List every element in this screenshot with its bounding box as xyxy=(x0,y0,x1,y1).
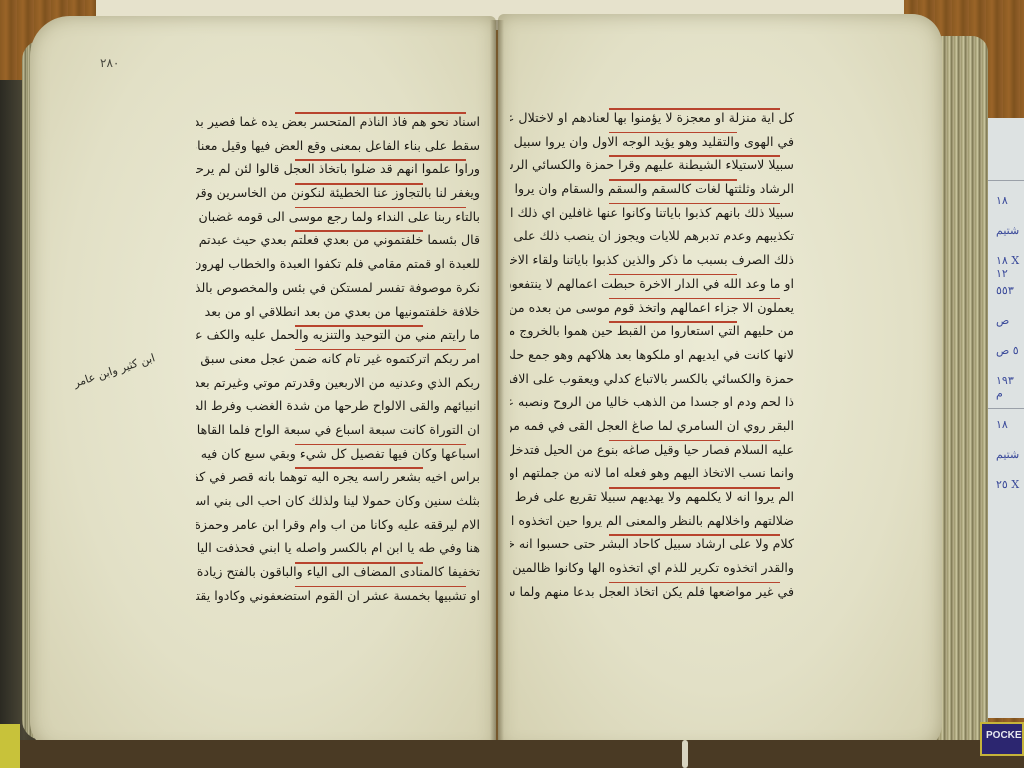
manuscript-line: ربكم الذي وعدنيه من الاربعين وقدرتم موتي… xyxy=(196,371,480,395)
card-note: ص xyxy=(996,314,1009,327)
manuscript-line: وراوا علموا انهم قد ضلوا باتخاذ العجل قا… xyxy=(196,157,480,181)
manuscript-line: او ما وعد الله في الدار الاخرة حبطت اعما… xyxy=(510,272,794,296)
card-note: شتيم xyxy=(996,224,1019,237)
manuscript-line: من حليهم التي استعاروا من القبط حين هموا… xyxy=(510,319,794,343)
cable xyxy=(682,740,688,768)
manuscript-line: ويغفر لنا بالتجاوز عنا الخطيئة لنكونن من… xyxy=(196,181,480,205)
manuscript-line: البقر روي ان السامري لما صاغ العجل القى … xyxy=(510,414,794,438)
card-note: ١٨ xyxy=(996,194,1008,207)
manuscript-line: ما رايتم مني من التوحيد والتنزيه والحمل … xyxy=(196,323,480,347)
manuscript-line: سقط على بناء الفاعل بمعنى وقع العض فيها … xyxy=(196,134,480,158)
manuscript-line: تخفيفا كالمنادى المضاف الى الياء والباقو… xyxy=(196,560,480,584)
manuscript-line: بثلث سنين وكان حمولا لينا ولذلك كان احب … xyxy=(196,489,480,513)
manuscript-line: امر ربكم اتركتموه غير تام كانه ضمن عجل م… xyxy=(196,347,480,371)
manuscript-line: او تشبيها بخمسة عشر ان القوم استضعفوني و… xyxy=(196,584,480,608)
book-gutter xyxy=(490,20,504,748)
manuscript-line: خلافة خلفتمونيها من بعدي من بعد انطلاقي … xyxy=(196,300,480,324)
manuscript-line: الام ليرققه عليه وكانا من اب وام وقرا اب… xyxy=(196,513,480,537)
manuscript-line: لانها كانت في ايديهم او ملكوها بعد هلاكه… xyxy=(510,343,794,367)
manuscript-line: وانما نسب الاتخاذ اليهم وهو فعله اما لان… xyxy=(510,461,794,485)
manuscript-line: يعملون الا جزاء اعمالهم واتخذ قوم موسى م… xyxy=(510,296,794,320)
card-note: ١٨ xyxy=(996,418,1008,431)
manuscript-line: ضلالتهم واخلالهم بالنظر والمعنى الم يروا… xyxy=(510,509,794,533)
manuscript-line: تكذيبهم وعدم تدبرهم للايات ويجوز ان ينصب… xyxy=(510,224,794,248)
table-edge xyxy=(0,740,1024,768)
manuscript-line: في الهوى والتقليد وهو يؤيد الوجه الاول و… xyxy=(510,130,794,154)
card-rule xyxy=(982,180,1024,181)
catalog-card: ١٨ شتيم ١٨ X ١٢ ٥٥٣ ص ٥ ص ١٩٣ م ١٨ شتيم … xyxy=(982,118,1024,718)
left-page-text: اسناد نحو هم فاذ الناذم المتحسر بعض يده … xyxy=(196,110,480,607)
manuscript-line: ذا لحم ودم او جسدا من الذهب خاليا من الر… xyxy=(510,390,794,414)
manuscript-line: الم يروا انه لا يكلمهم ولا يهديهم سبيلا … xyxy=(510,485,794,509)
manuscript-line: سبيلا ذلك بانهم كذبوا باياتنا وكانوا عنه… xyxy=(510,201,794,225)
yellow-label xyxy=(0,724,20,768)
manuscript-line: اسناد نحو هم فاذ الناذم المتحسر بعض يده … xyxy=(196,110,480,134)
folio-number: ٢٨٠ xyxy=(100,56,119,70)
card-note: ١٨ X ١٢ xyxy=(996,254,1024,280)
manuscript-line: انبيائهم والقى الالواح طرحها من شدة الغض… xyxy=(196,394,480,418)
manuscript-line: قال بئسما خلفتموني من بعدي فعلتم بعدي حي… xyxy=(196,228,480,252)
manuscript-line: اسباعها وكان فيها تفصيل كل شيء وبقي سبع … xyxy=(196,442,480,466)
manuscript-line: الرشاد وثلثتها لغات كالسقم والسقم والسقا… xyxy=(510,177,794,201)
manuscript-line: عليه السلام فصار حيا وقيل صاغه بنوع من ا… xyxy=(510,438,794,462)
manuscript-line: في غير مواضعها فلم يكن اتخاذ العجل بدعا … xyxy=(510,580,794,604)
manuscript-line: للعبدة او قمتم مقامي فلم تكفوا العبدة وا… xyxy=(196,252,480,276)
manuscript-line: براس اخيه بشعر راسه يجره اليه توهما بانه… xyxy=(196,465,480,489)
manuscript-line: نكرة موصوفة تفسر لمستكن في بئس والمخصوص … xyxy=(196,276,480,300)
pocket-label: POCKET xyxy=(980,722,1024,756)
manuscript-line: بالتاء ربنا على النداء ولما رجع موسى الى… xyxy=(196,205,480,229)
manuscript-line: سبيلا لاستيلاء الشيطنة عليهم وقرا حمزة و… xyxy=(510,153,794,177)
card-note: ٥ ص xyxy=(996,344,1019,357)
card-rule xyxy=(982,408,1024,409)
manuscript-line: هنا وفي طه يا ابن ام بالكسر واصله يا ابن… xyxy=(196,536,480,560)
manuscript-line: ذلك الصرف بسبب ما ذكر والذين كذبوا بايات… xyxy=(510,248,794,272)
card-note: شتيم xyxy=(996,448,1019,461)
manuscript-line: ان التوراة كانت سبعة اسباع في سبعة الواح… xyxy=(196,418,480,442)
card-note: ٥٥٣ xyxy=(996,284,1014,297)
manuscript-line: والقدر اتخذوه تكرير للذم اي اتخذوه الها … xyxy=(510,556,794,580)
right-page-text: كل اية منزلة او معجزة لا يؤمنوا بها لعنا… xyxy=(510,106,794,603)
card-note: ١٩٣ م xyxy=(996,374,1024,400)
manuscript-line: كلام ولا على ارشاد سبيل كاحاد البشر حتى … xyxy=(510,532,794,556)
manuscript-line: كل اية منزلة او معجزة لا يؤمنوا بها لعنا… xyxy=(510,106,794,130)
card-note: ٢٥ X xyxy=(996,478,1019,491)
manuscript-line: حمزة والكسائي بالكسر بالاتباع كدلي ويعقو… xyxy=(510,367,794,391)
